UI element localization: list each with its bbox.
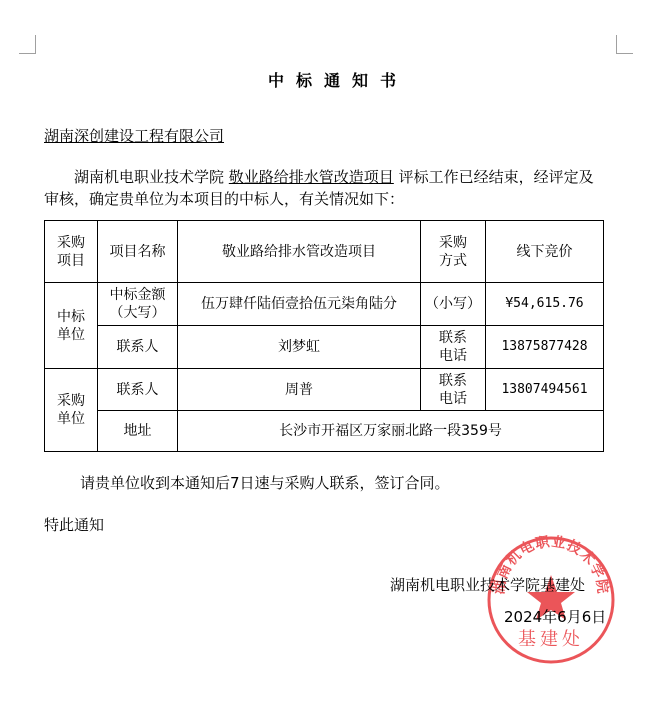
cell-winner-contact-label: 联系人 [98,326,178,369]
cell-address-label: 地址 [98,411,178,452]
seal-bottom-text: 基建处 [518,629,584,650]
issuer-name: 湖南机电职业技术学院 [74,168,224,186]
cell-purchaser-contact-name: 周普 [178,369,421,411]
page-corner-mark-top-right [616,35,633,54]
cell-purchaser-contact-label: 联系人 [98,369,178,411]
cell-winner-phone: 13875877428 [486,326,604,369]
official-seal-icon: 湖南机电职业技术学院 基建处 [486,535,616,665]
notice-line: 特此通知 [44,514,104,535]
document-title: 中标通知书 [0,68,664,91]
signer-name: 湖南机电职业技术学院基建处 [390,574,585,595]
signing-date: 2024年6月6日 [504,606,606,627]
project-name: 敬业路给排水管改造项目 [229,168,394,186]
cell-purchaser-group: 采购单位 [45,369,98,452]
cell-method-value: 线下竞价 [486,221,604,283]
cell-purchase-project-group: 采购项目 [45,221,98,283]
intro-paragraph: 湖南机电职业技术学院 敬业路给排水管改造项目 评标工作已经结束，经评定及审核，确… [44,166,604,210]
cell-project-name-value: 敬业路给排水管改造项目 [178,221,421,283]
cell-amount-upper: 伍万肆仟陆佰壹拾伍元柒角陆分 [178,283,421,326]
cell-address-value: 长沙市开福区万家丽北路一段359号 [178,411,604,452]
cell-purchaser-phone-label: 联系电话 [421,369,486,411]
cell-winner-group: 中标单位 [45,283,98,369]
cell-purchaser-phone: 13807494561 [486,369,604,411]
page-corner-mark-top-left [19,35,36,54]
cell-amount-lower-label: （小写） [421,283,486,326]
cell-method-label: 采购方式 [421,221,486,283]
cell-amount-label: 中标金额（大写） [98,283,178,326]
recipient-company: 湖南深创建设工程有限公司 [44,125,224,146]
cell-project-name-label: 项目名称 [98,221,178,283]
award-info-table: 采购项目 项目名称 敬业路给排水管改造项目 采购方式 线下竞价 中标单位 中标金… [44,220,604,452]
cell-amount-lower: ¥54,615.76 [486,283,604,326]
cell-winner-contact-name: 刘梦虹 [178,326,421,369]
cell-winner-phone-label: 联系电话 [421,326,486,369]
closing-paragraph: 请贵单位收到本通知后7日速与采购人联系，签订合同。 [44,472,604,493]
